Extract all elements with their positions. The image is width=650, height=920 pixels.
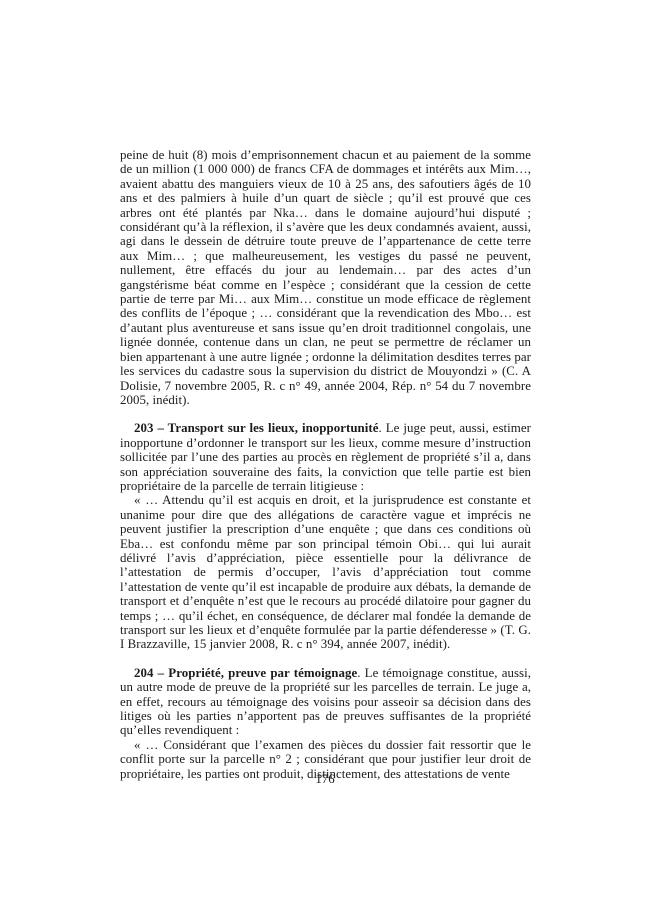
page-number: 176 xyxy=(0,772,650,786)
paragraph-continuation: peine de huit (8) mois d’emprisonnement … xyxy=(120,148,531,407)
section-203-heading: 203 – Transport sur les lieux, inopportu… xyxy=(134,421,379,435)
quote-203-paragraph: « … Attendu qu’il est acquis en droit, e… xyxy=(120,493,531,651)
paragraph-text: « … Attendu qu’il est acquis en droit, e… xyxy=(120,493,531,651)
section-203-paragraph: 203 – Transport sur les lieux, inopportu… xyxy=(120,421,531,493)
document-page: peine de huit (8) mois d’emprisonnement … xyxy=(0,0,650,920)
paragraph-text: peine de huit (8) mois d’emprisonnement … xyxy=(120,148,531,407)
text-block: peine de huit (8) mois d’emprisonnement … xyxy=(120,148,531,781)
section-204-paragraph: 204 – Propriété, preuve par témoignage. … xyxy=(120,666,531,738)
section-204-heading: 204 – Propriété, preuve par témoignage xyxy=(134,666,357,680)
